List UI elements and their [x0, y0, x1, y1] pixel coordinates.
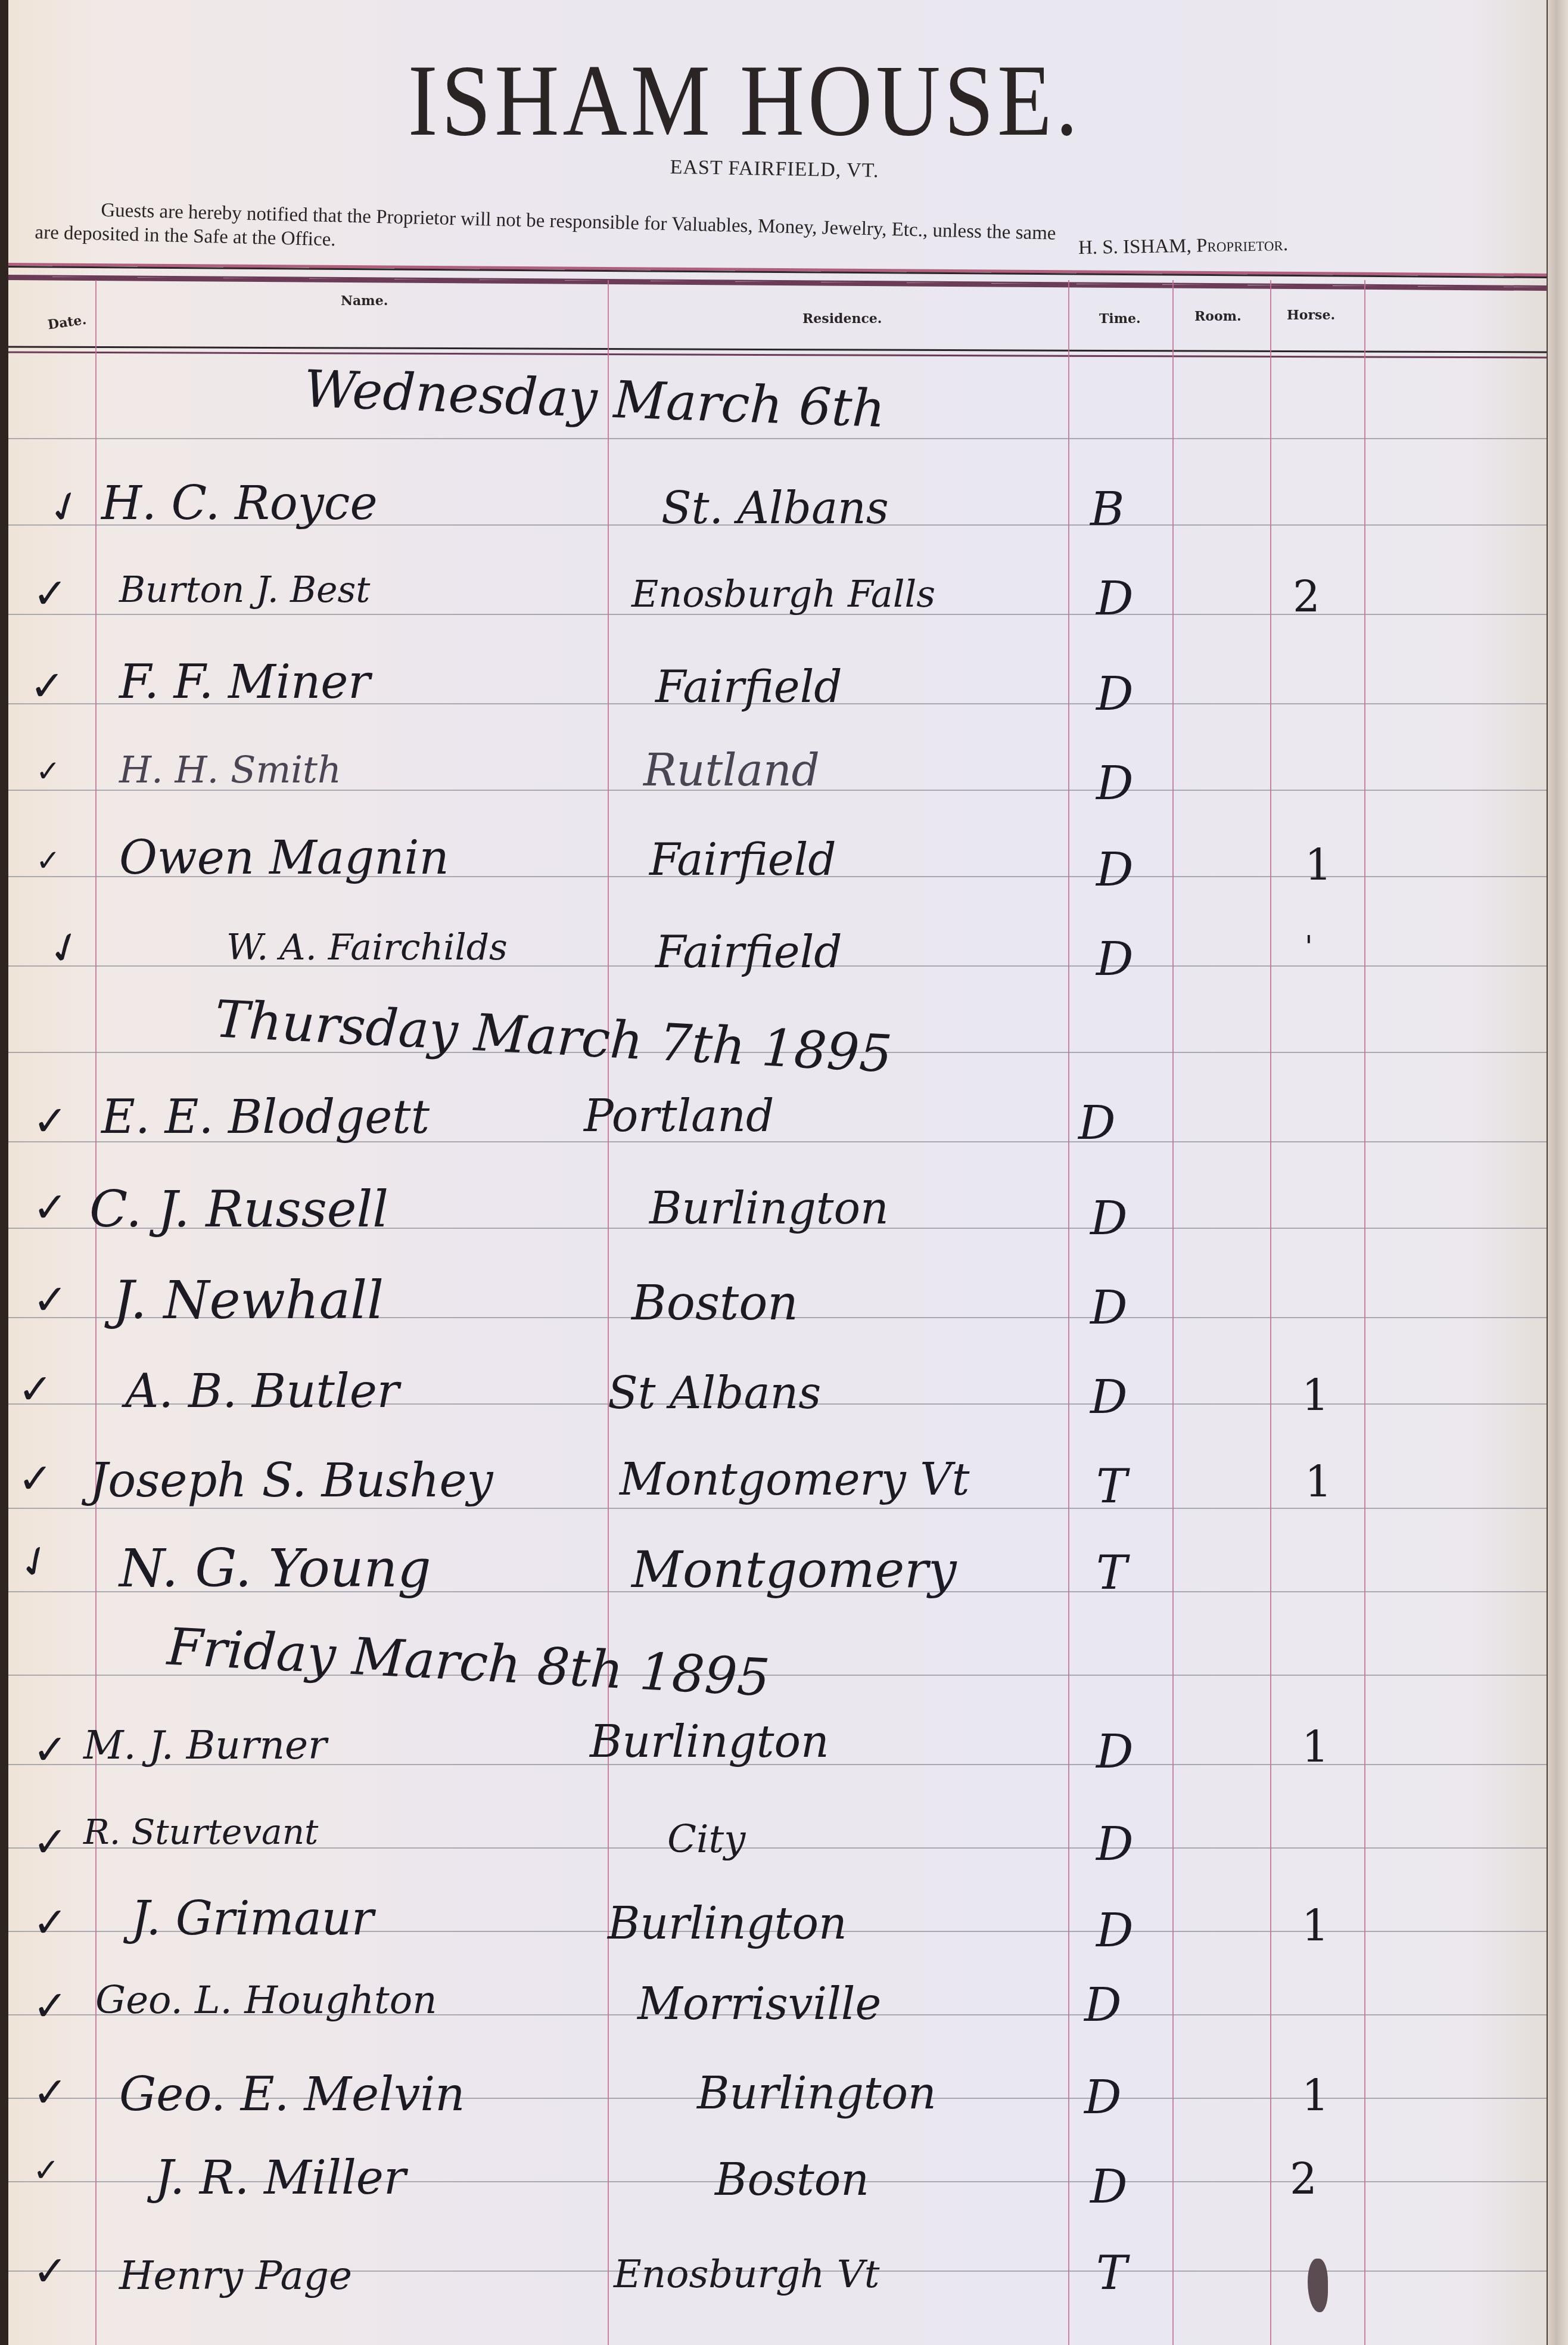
arrival-time: D: [1096, 933, 1134, 986]
guest-name: H. C. Royce: [101, 477, 378, 530]
column-header-room: Room.: [1194, 309, 1242, 324]
guest-name: N. G. Young: [119, 1538, 431, 1599]
arrival-time: D: [1090, 1371, 1128, 1424]
guest-name: Owen Magnin: [119, 831, 449, 885]
column-header-name: Name.: [341, 293, 388, 309]
guest-residence: Burlington: [590, 1716, 829, 1768]
arrival-time: D: [1096, 1725, 1134, 1779]
guest-residence: Boston: [715, 2154, 869, 2206]
guest-name: F. F. Miner: [119, 656, 371, 709]
guest-name: H. H. Smith: [119, 748, 341, 791]
check-mark-icon: ✓: [33, 2247, 68, 2296]
check-mark-icon: ✓: [33, 1183, 68, 1232]
arrival-time: D: [1090, 1281, 1128, 1335]
page-edge: [1547, 0, 1568, 2345]
guest-name: Joseph S. Bushey: [89, 1454, 493, 1508]
horse-count: 1: [1302, 1722, 1329, 1772]
guest-name: R. Sturtevant: [83, 1812, 318, 1852]
book-binding: [0, 0, 8, 2345]
guest-residence: Enosburgh Vt: [614, 2253, 880, 2297]
check-mark-icon: ✓: [33, 1097, 68, 1145]
column-divider: [1364, 280, 1365, 2345]
check-mark-icon: ✓: [30, 661, 65, 710]
check-mark-icon: ✓: [33, 1981, 68, 2030]
horse-count: 2: [1293, 572, 1320, 622]
row-rule: [8, 1508, 1547, 1509]
check-mark-icon: ✓: [33, 2151, 60, 2189]
column-header-residence: Residence.: [802, 311, 882, 327]
check-mark-icon: ✓: [33, 1818, 68, 1866]
guest-residence: Rutland: [643, 745, 820, 796]
horse-count: 1: [1305, 840, 1332, 890]
guest-residence: Burlington: [608, 1898, 847, 1949]
guest-residence: Fairfield: [655, 661, 842, 713]
arrival-time: D: [1096, 1904, 1134, 1958]
guest-residence: Fairfield: [655, 927, 842, 978]
check-mark-icon: ✓: [33, 2068, 68, 2117]
column-header-time: Time.: [1099, 311, 1141, 327]
guest-residence: Portland: [584, 1091, 774, 1142]
horse-count: 1: [1302, 1371, 1329, 1421]
guest-residence: Fairfield: [649, 834, 836, 886]
guest-name: A. B. Butler: [125, 1365, 399, 1418]
horse-count: 1: [1302, 1901, 1329, 1951]
check-mark-icon: ✓: [36, 843, 61, 878]
guest-name: Geo. L. Houghton: [95, 1979, 437, 2023]
guest-residence: Burlington: [649, 1183, 889, 1234]
guest-residence: Montgomery Vt: [620, 1454, 969, 1505]
guest-residence: St Albans: [608, 1368, 821, 1419]
check-mark-icon: ✓: [18, 1454, 53, 1503]
check-mark-icon: ✓: [18, 1365, 53, 1414]
guest-name: J. Newhall: [113, 1269, 384, 1331]
guest-name: C. J. Russell: [89, 1180, 388, 1238]
arrival-time: D: [1096, 572, 1134, 626]
check-mark-icon: ✓: [33, 1275, 68, 1324]
arrival-time: B: [1090, 483, 1124, 536]
arrival-time: D: [1078, 1097, 1116, 1150]
column-divider: [95, 280, 97, 2345]
guest-residence: Boston: [631, 1275, 798, 1331]
guest-residence: Burlington: [697, 2068, 937, 2119]
arrival-time: D: [1084, 2071, 1122, 2125]
check-mark-icon: ✓: [36, 754, 61, 788]
guest-name: J. Grimaur: [131, 1892, 374, 1946]
guest-residence: Montgomery: [631, 1540, 957, 1599]
guest-name: Henry Page: [119, 2253, 352, 2299]
arrival-time: D: [1084, 1979, 1122, 2032]
page-title: ISHAM HOUSE.: [357, 42, 1132, 160]
horse-count: 2: [1290, 2154, 1317, 2204]
arrival-time: T: [1096, 2247, 1127, 2300]
guest-residence: Morrisville: [637, 1979, 881, 2030]
guest-name: J. R. Miller: [155, 2151, 406, 2205]
proprietor-signature: H. S. ISHAM, Proprietor.: [1078, 234, 1289, 259]
arrival-time: D: [1090, 1192, 1128, 1246]
guest-name: M. J. Burner: [83, 1722, 327, 1768]
arrival-time: D: [1096, 843, 1134, 897]
guest-residence: St. Albans: [661, 483, 889, 534]
guest-name: Burton J. Best: [119, 569, 370, 611]
check-mark-icon: ✓: [33, 569, 68, 618]
check-mark-icon: ✓: [33, 1898, 68, 1947]
guest-name: W. A. Fairchilds: [226, 927, 508, 968]
column-divider: [1068, 280, 1069, 2345]
row-rule: [8, 438, 1547, 439]
arrival-time: D: [1096, 667, 1134, 721]
column-divider: [608, 280, 609, 2345]
horse-count: 1: [1302, 2071, 1329, 2121]
guest-name: Geo. E. Melvin: [119, 2068, 465, 2122]
check-mark-icon: ✓: [33, 1725, 68, 1774]
column-divider: [1172, 280, 1174, 2345]
arrival-time: D: [1096, 1818, 1134, 1871]
arrival-time: D: [1096, 757, 1134, 810]
horse-count: ': [1305, 930, 1313, 964]
guest-name: E. E. Blodgett: [101, 1091, 430, 1144]
column-header-horse: Horse.: [1287, 308, 1335, 323]
guest-residence: City: [667, 1818, 745, 1862]
arrival-time: T: [1096, 1546, 1127, 1600]
column-divider: [1270, 280, 1271, 2345]
horse-count: 1: [1305, 1457, 1332, 1507]
guest-residence: Enosburgh Falls: [631, 572, 935, 616]
arrival-time: D: [1090, 2160, 1128, 2214]
arrival-time: T: [1096, 1460, 1127, 1514]
